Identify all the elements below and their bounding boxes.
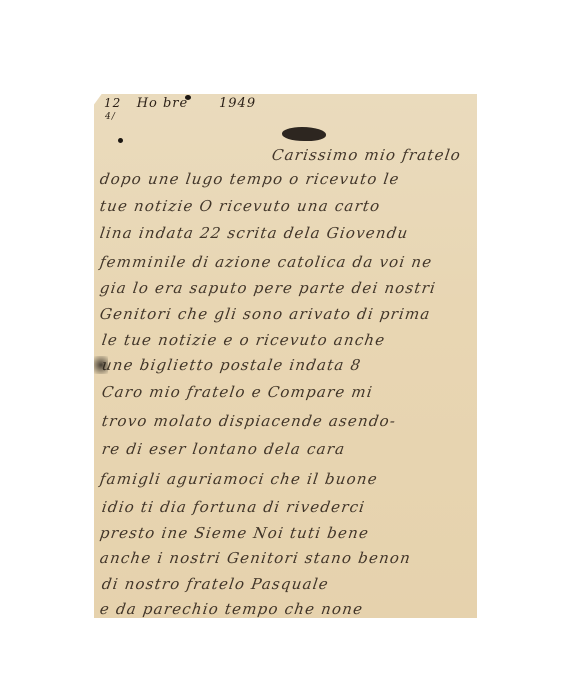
- ink-dot: [118, 138, 123, 143]
- letter-line: trovo molato dispiacende asendo-: [101, 412, 398, 430]
- letter-line: femminile di azione catolica da voi ne: [99, 253, 434, 271]
- letter-date: 12 4/ Ho bre 1949: [104, 96, 256, 111]
- ink-blot: [282, 127, 326, 141]
- date-year: 1949: [219, 96, 256, 111]
- ink-smudge: [94, 356, 108, 374]
- letter-line: une biglietto postale indata 8: [101, 356, 363, 374]
- letter-line: presto ine Sieme Noi tuti bene: [99, 524, 371, 542]
- letter-line: Caro mio fratelo e Compare mi: [101, 383, 374, 401]
- letter-line: tue notizie O ricevuto una carto: [99, 197, 382, 215]
- letter-line: famigli aguriamoci che il buone: [99, 470, 379, 488]
- letter-line: idio ti dia fortuna di rivederci: [101, 498, 367, 516]
- letter-line: gia lo era saputo pere parte dei nostri: [99, 279, 438, 297]
- ink-dot: [185, 95, 191, 100]
- letter-line: Genitori che gli sono arivato di prima: [99, 305, 432, 323]
- letter-paper: 12 4/ Ho bre 1949 Carissimo mio fratelo …: [94, 94, 477, 618]
- date-fraction-mark: 4/: [105, 112, 116, 122]
- letter-line: anche i nostri Genitori stano benon: [99, 549, 413, 567]
- date-day: 12: [104, 96, 121, 110]
- letter-line: re di eser lontano dela cara: [101, 440, 347, 458]
- salutation: Carissimo mio fratelo: [271, 146, 463, 164]
- letter-line: di nostro fratelo Pasquale: [101, 575, 330, 593]
- letter-line: le tue notizie e o ricevuto anche: [101, 331, 387, 349]
- letter-line: dopo une lugo tempo o ricevuto le: [99, 170, 401, 188]
- date-month: Ho bre: [137, 96, 189, 111]
- letter-line: e da parechio tempo che none: [99, 600, 365, 618]
- letter-line: lina indata 22 scrita dela Giovendu: [99, 224, 410, 242]
